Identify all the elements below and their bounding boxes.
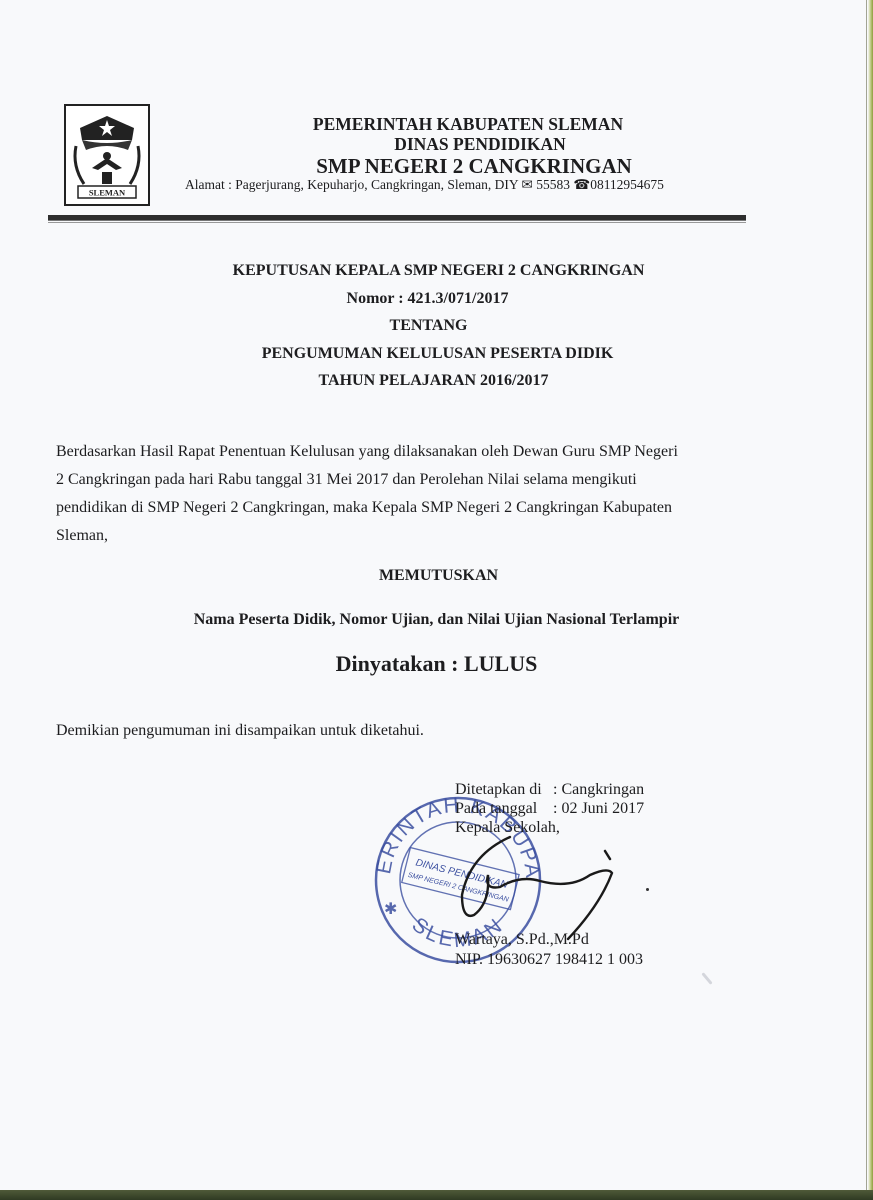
phone-number: 08112954675: [590, 177, 664, 192]
crest-icon: SLEMAN: [66, 106, 148, 204]
postal-code: 55583: [536, 177, 570, 192]
signature-block: Ditetapkan di: Cangkringan Pada tanggal:…: [455, 780, 644, 837]
address-text: Alamat : Pagerjurang, Kepuharjo, Cangkri…: [185, 177, 518, 192]
letterhead-school: SMP NEGERI 2 CANGKRINGAN: [218, 154, 730, 178]
decree-number: Nomor : 421.3/071/2017: [0, 285, 864, 313]
signer-nip: NIP. 19630627 198412 1 003: [455, 950, 643, 970]
decision-subject: Nama Peserta Didik, Nomor Ujian, dan Nil…: [0, 611, 873, 629]
place-value: : Cangkringan: [553, 781, 644, 798]
envelope-icon: ✉: [522, 177, 533, 192]
decree-title: KEPUTUSAN KEPALA SMP NEGERI 2 CANGKRINGA…: [2, 257, 873, 285]
page-edge-line: [866, 0, 867, 1190]
decree-about: TENTANG: [0, 312, 865, 340]
body-paragraph: Berdasarkan Hasil Rapat Penentuan Kelulu…: [56, 438, 716, 550]
date-label: Pada tanggal: [455, 799, 553, 818]
decree-year: TAHUN PELAJARAN 2016/2017: [0, 367, 870, 395]
decree-subject: PENGUMUMAN KELULUSAN PESERTA DIDIK: [1, 340, 873, 368]
body-line: 2 Cangkringan pada hari Rabu tanggal 31 …: [56, 466, 716, 494]
handwritten-signature: [440, 835, 650, 945]
decision-heading: MEMUTUSKAN: [2, 567, 873, 585]
page-edge: [868, 0, 873, 1190]
scanner-bottom-band: [0, 1190, 873, 1200]
svg-text:SLEMAN: SLEMAN: [89, 188, 126, 198]
date-value: : 02 Juni 2017: [553, 800, 644, 817]
letterhead-government: PEMERINTAH KABUPATEN SLEMAN: [206, 114, 730, 134]
closing-sentence: Demikian pengumuman ini disampaikan untu…: [56, 722, 424, 740]
body-line: Sleman,: [56, 522, 716, 550]
letterhead: PEMERINTAH KABUPATEN SLEMAN DINAS PENDID…: [170, 114, 730, 178]
svg-text:✱: ✱: [384, 901, 397, 918]
verdict: Dinyatakan : LULUS: [0, 651, 873, 677]
signer: Wartaya, S.Pd.,M.Pd NIP. 19630627 198412…: [455, 930, 643, 970]
signer-name: Wartaya, S.Pd.,M.Pd: [455, 930, 643, 950]
telephone-icon: ☎: [573, 177, 590, 192]
decree-title-block: KEPUTUSAN KEPALA SMP NEGERI 2 CANGKRINGA…: [0, 257, 873, 395]
ink-dot: [646, 888, 649, 891]
date-row: Pada tanggal: 02 Juni 2017: [455, 799, 644, 818]
letterhead-divider-thin: [48, 222, 746, 223]
place-row: Ditetapkan di: Cangkringan: [455, 780, 644, 799]
sleman-crest-logo: SLEMAN: [64, 104, 150, 206]
letterhead-divider: [48, 215, 746, 221]
letterhead-address: Alamat : Pagerjurang, Kepuharjo, Cangkri…: [185, 177, 664, 193]
place-label: Ditetapkan di: [455, 780, 553, 799]
scan-smudge: [701, 972, 712, 985]
letterhead-department: DINAS PENDIDIKAN: [230, 134, 730, 154]
body-line: Berdasarkan Hasil Rapat Penentuan Kelulu…: [56, 438, 716, 466]
body-line: pendidikan di SMP Negeri 2 Cangkringan, …: [56, 494, 716, 522]
